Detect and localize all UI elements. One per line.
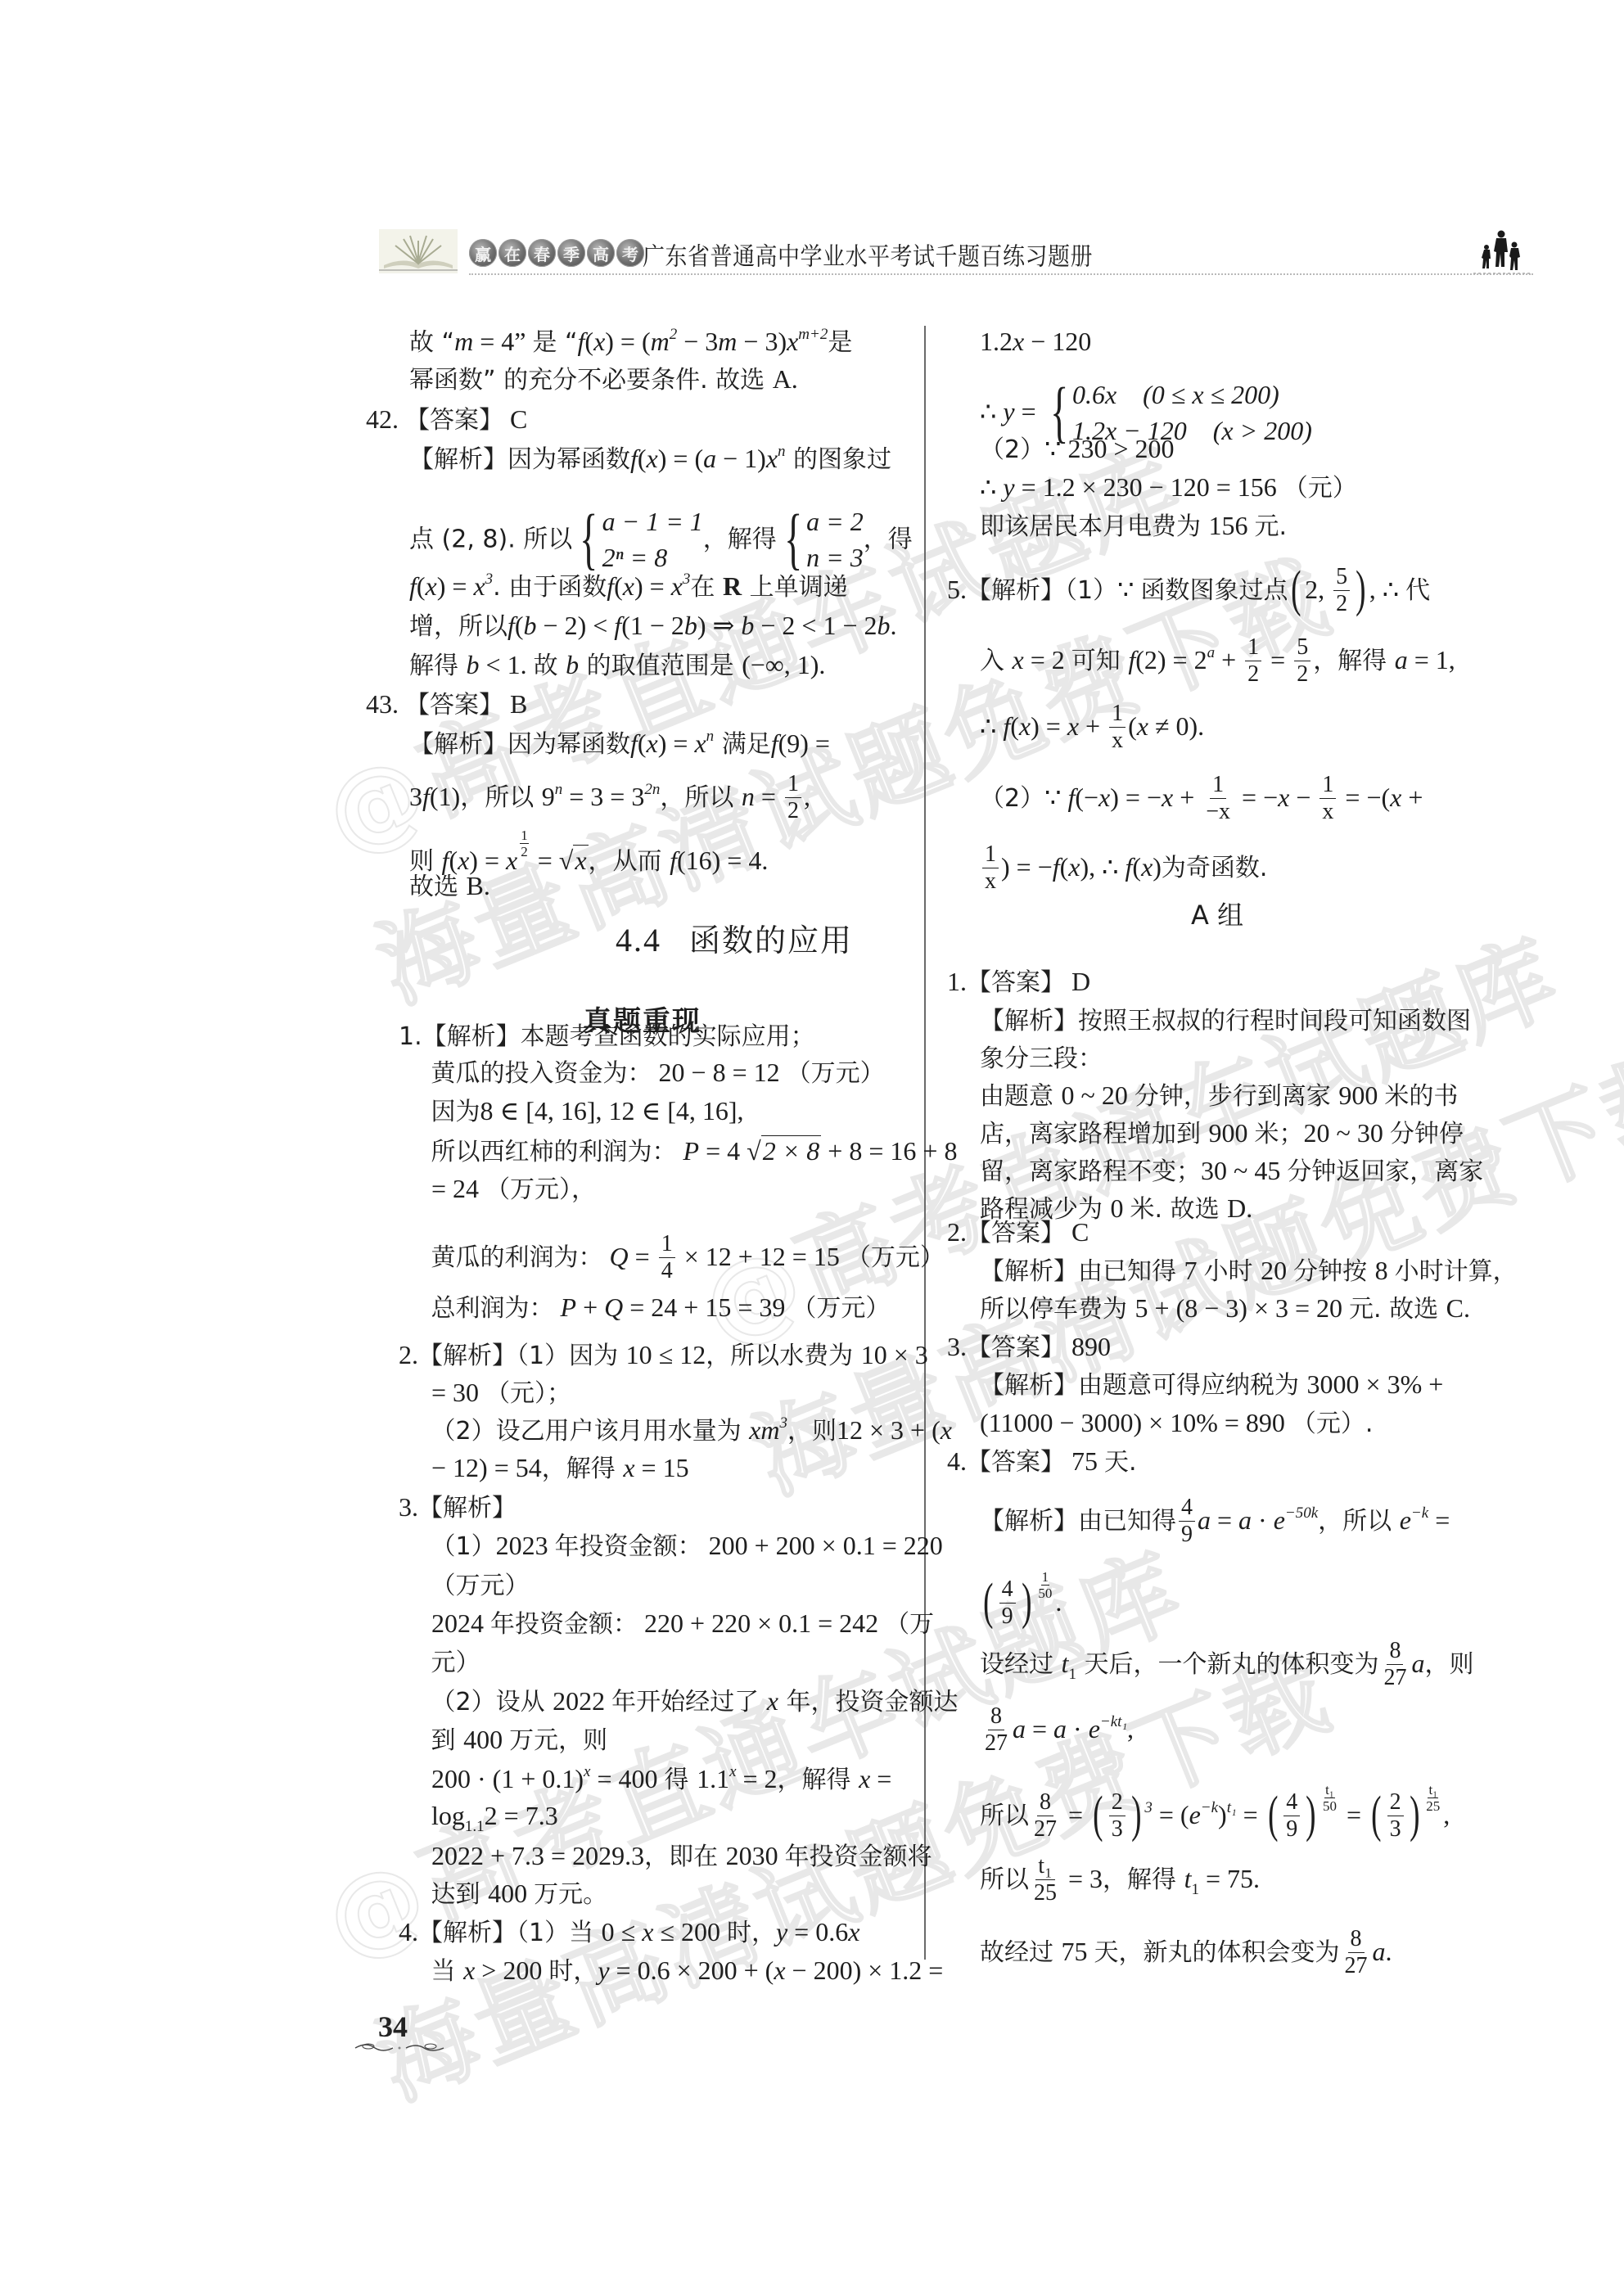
- math-run: 400: [463, 1725, 509, 1754]
- math-variable: x: [1068, 852, 1080, 882]
- math-run: 75: [1062, 1937, 1094, 1966]
- math-run: ∴: [980, 711, 1003, 741]
- text-line: 2022 + 7.3 = 2029.3，即在 2030 年投资金额将: [399, 1839, 932, 1872]
- math-run: ): [1218, 1800, 1227, 1829]
- math-run: = 2: [1024, 645, 1071, 674]
- fraction: 23: [1109, 1791, 1126, 1841]
- fraction: 827: [1342, 1928, 1370, 1978]
- text-run: （万元）: [399, 1572, 530, 1600]
- numerator: t₁: [1428, 1783, 1438, 1798]
- math-run: (: [1010, 711, 1019, 741]
- open-book-icon: [379, 229, 458, 273]
- book-title: 广东省普通高中学业水平考试千题百练习题册: [643, 237, 1093, 273]
- text-run: 故: [534, 652, 566, 680]
- section-number: 4.4: [616, 922, 661, 959]
- text-line: 【解析】因为幂函数f(x) = (a − 1)xn 的图象过: [409, 442, 891, 475]
- text-line: f(x) = x3. 由于函数f(x) = x3在 R 上单调递: [409, 570, 848, 602]
- superscript: 3: [485, 571, 494, 588]
- math-run: = 3 = 3: [562, 782, 644, 811]
- text-run: 【解析】由已知得: [980, 1507, 1176, 1536]
- system-row: a − 1 = 1: [602, 503, 703, 539]
- text-run: ，所以水费为: [706, 1342, 861, 1370]
- text-line: 1.【答案】 D: [947, 965, 1090, 998]
- math-run: ,: [1127, 1714, 1134, 1743]
- math-run: 2022: [553, 1686, 611, 1716]
- math-run: ) =: [1031, 711, 1067, 741]
- text-line: 故选 B.: [409, 869, 490, 902]
- right-paren: ): [1356, 573, 1365, 606]
- math-run: ∴: [980, 472, 1003, 502]
- math-run: = 1,: [1408, 645, 1455, 674]
- radicand: x: [573, 845, 588, 875]
- math-run: − 2 < 1 − 2: [754, 611, 877, 640]
- math-run: =: [1211, 1505, 1238, 1535]
- math-run: (: [1132, 852, 1141, 882]
- fraction: 23: [1387, 1791, 1404, 1841]
- math-run: −: [1289, 783, 1317, 812]
- math-variable: x: [767, 1686, 778, 1716]
- text-run: 【答案】: [967, 968, 1065, 997]
- subscript: 1.1: [465, 1818, 485, 1835]
- parenthesized-fraction: (23): [1089, 1800, 1144, 1829]
- math-run: = −: [1235, 783, 1278, 812]
- left-brace: {: [580, 505, 598, 574]
- parenthesized-fraction: (49): [1265, 1800, 1319, 1829]
- system-row: a = 2: [806, 503, 864, 539]
- text-run: 在: [690, 573, 723, 602]
- superscript: −k: [1411, 1504, 1428, 1522]
- text-run: （万: [885, 1610, 934, 1639]
- text-line: 增，所以f(b − 2) < f(1 − 2b) ⇒ b − 2 < 1 − 2…: [409, 609, 897, 642]
- text-line: 3f(1)，所以 9n = 3 = 32n，所以 n = 12,: [409, 774, 810, 807]
- text-run: 元.: [1255, 512, 1288, 541]
- text-run: （元）；: [485, 1379, 571, 1408]
- denominator: 3: [1109, 1816, 1126, 1841]
- math-variable: m: [651, 327, 670, 356]
- text-run: 可知: [1071, 647, 1129, 675]
- superscript: 3: [779, 1414, 787, 1432]
- text-run: 元. 故选: [1349, 1295, 1446, 1324]
- math-run: ) =: [437, 571, 474, 601]
- math-variable: x: [1390, 783, 1401, 812]
- text-run: 天后，一个新丸的体积变为: [1076, 1650, 1379, 1679]
- text-run: 故经过: [980, 1938, 1062, 1967]
- math-run: (: [638, 444, 647, 473]
- text-line: （2）∵ f(−x) = −x + 1−x = −x − 1x = −(x +: [980, 775, 1423, 808]
- text-run: 元）: [399, 1649, 480, 1677]
- fraction: 12: [520, 828, 529, 859]
- text-run: 设经过: [980, 1650, 1062, 1679]
- math-variable: f: [614, 611, 621, 640]
- text-run: 米；: [1255, 1120, 1304, 1148]
- text-line: 故经过 75 天，新丸的体积会变为827a.: [980, 1929, 1392, 1962]
- numerator: 1: [1210, 774, 1226, 799]
- math-variable: b: [684, 611, 697, 640]
- text-run: （2）设乙用户该月用水量为: [399, 1417, 749, 1446]
- superscript: x: [729, 1763, 736, 1780]
- text-run: 象分三段：: [980, 1044, 1103, 1073]
- math-run: 3.: [399, 1492, 418, 1522]
- text-line: 因为8 ∈ [4, 16], 12 ∈ [4, 16],: [399, 1094, 744, 1127]
- text-run: （元）.: [1292, 1410, 1374, 1438]
- text-run: 达到: [399, 1880, 488, 1909]
- math-run: 8 ∈ [4, 16], 12 ∈ [4, 16],: [480, 1096, 744, 1125]
- denominator: −x: [1203, 799, 1233, 823]
- text-run: （1）: [399, 1532, 496, 1561]
- fraction: 1x: [1109, 702, 1126, 752]
- text-run: 天.: [1104, 1448, 1137, 1477]
- math-run: 0 ~ 20: [1062, 1080, 1135, 1110]
- text-line: 【解析】由已知得 7 小时 20 分钟按 8 小时计算，: [980, 1254, 1518, 1287]
- fraction: t₁25: [1031, 1855, 1059, 1905]
- parenthesized-fraction: (2, 52): [1288, 575, 1369, 604]
- runners-icon: [1473, 229, 1531, 277]
- text-line: 【解析】按照王叔叔的行程时间段可知函数图: [980, 1004, 1471, 1036]
- text-line: 解得 b < 1. 故 b 的取值范围是 (−∞, 1).: [409, 648, 825, 681]
- superscript: a: [1207, 644, 1216, 661]
- document-page: @高考直通车试题库 海量高清试题免费下载 @高考直通车试题库 海量高清试题免费下…: [0, 0, 1624, 2296]
- math-run: D: [1065, 967, 1090, 996]
- denominator: 50: [1037, 1586, 1053, 1600]
- math-run: +: [1079, 711, 1107, 741]
- left-brace: {: [784, 505, 802, 574]
- text-line: 黄瓜的利润为： Q = 14 × 12 + 12 = 15 （万元）: [399, 1234, 945, 1267]
- math-variable: y: [598, 1955, 609, 1985]
- math-run: 1.2: [980, 327, 1013, 356]
- superscript: n: [555, 781, 563, 798]
- superscript: 3: [683, 571, 691, 588]
- math-run: 220 + 220 × 0.1 = 242: [638, 1608, 885, 1638]
- text-run: 【答案】: [405, 691, 503, 719]
- denominator: 50: [1322, 1798, 1338, 1813]
- math-variable: m: [454, 327, 473, 356]
- fraction: 12: [785, 773, 801, 823]
- flourish-ornament: [350, 2040, 449, 2056]
- math-variable: m: [718, 327, 737, 356]
- text-line: 所以827 = (23)3 = (e−k)t₁ = (49)t₁50 = (23…: [980, 1784, 1450, 1817]
- text-run: （2）: [980, 784, 1044, 813]
- denominator: 27: [1342, 1953, 1370, 1978]
- math-variable: x: [1013, 327, 1024, 356]
- page-number: 34: [378, 2010, 408, 2044]
- math-run: D.: [1227, 1193, 1252, 1223]
- right-paren: ): [1022, 1586, 1031, 1618]
- denominator: 3: [1387, 1816, 1404, 1841]
- text-line: （1）2023 年投资金额： 200 + 200 × 0.1 = 220: [399, 1529, 943, 1562]
- text-run: 【解析】因为幂函数: [409, 445, 630, 474]
- right-paren: ): [1306, 1798, 1315, 1831]
- text-run: 即该居民本月电费为: [980, 512, 1209, 541]
- numerator: 4: [1179, 1496, 1195, 1522]
- math-run: +: [1173, 783, 1201, 812]
- math-run: = −(: [1338, 783, 1390, 812]
- math-run: ≤ 200: [653, 1917, 727, 1946]
- section-title: 4.4函数的应用: [616, 915, 853, 960]
- denominator: x: [1109, 728, 1126, 752]
- math-run: 400: [488, 1879, 534, 1908]
- math-variable: x: [623, 1453, 634, 1482]
- text-run: （2）: [980, 435, 1044, 464]
- math-variable: f: [409, 571, 417, 601]
- math-variable: x: [671, 571, 683, 601]
- math-variable: f: [630, 444, 638, 473]
- text-run: 由题意: [980, 1082, 1062, 1111]
- text-run: 所以: [980, 1802, 1029, 1830]
- math-variable: b: [566, 650, 579, 679]
- superscript: m+2: [798, 326, 828, 343]
- math-run: +: [576, 1292, 604, 1322]
- math-run: 10 ≤ 12: [626, 1340, 706, 1369]
- text-run: 万元，则: [509, 1726, 607, 1755]
- math-run: ) ⇒: [697, 611, 741, 640]
- text-run: 总利润为：: [399, 1294, 554, 1323]
- denominator: 2: [1245, 661, 1261, 686]
- text-run: 留，离家路程不变；: [980, 1157, 1201, 1186]
- math-variable: f: [1128, 645, 1135, 674]
- math-run: = 75.: [1199, 1864, 1260, 1893]
- text-run: 时，: [727, 1919, 776, 1947]
- text-line: 总利润为： P + Q = 24 + 15 = 39 （万元）: [399, 1291, 890, 1324]
- text-line: = 24 （万元），: [399, 1172, 596, 1205]
- text-run: 黄瓜的投入资金为：: [399, 1059, 652, 1088]
- text-run: （万元）: [787, 1059, 885, 1088]
- math-run: < 1.: [480, 650, 534, 679]
- superscript: t₁: [1227, 1799, 1237, 1816]
- fraction: 1x: [982, 843, 999, 893]
- math-run: > 200: [475, 1955, 548, 1985]
- math-run: 10 × 3: [861, 1340, 928, 1369]
- right-paren: ): [1131, 1798, 1141, 1831]
- header-rule: [469, 273, 1533, 275]
- math-run: = 0.6: [787, 1917, 848, 1946]
- math-run: 890: [1065, 1332, 1111, 1361]
- math-run: .: [1055, 1587, 1062, 1617]
- math-variable: Q: [604, 1292, 623, 1322]
- math-variable: P: [554, 1292, 577, 1322]
- math-run: ≠ 0).: [1148, 711, 1204, 741]
- math-run: (1 − 2: [621, 611, 684, 640]
- text-line: (11000 − 3000) × 10% = 890 （元）.: [980, 1406, 1373, 1439]
- math-run: =: [1340, 1800, 1368, 1829]
- text-line: 入 x = 2 可知 f(2) = 2a + 12 = 52，解得 a = 1,: [980, 638, 1455, 670]
- text-line: 5.【解析】（1）∵ 函数图象过点(2, 52), ∴ 代: [947, 567, 1430, 600]
- math-variable: e: [1089, 1714, 1100, 1743]
- numerator: 2: [1387, 1791, 1404, 1816]
- math-variable: x: [1098, 783, 1110, 812]
- numerator: 8: [1037, 1791, 1053, 1816]
- math-run: =: [870, 1764, 891, 1793]
- text-line: 则 f(x) = x12 = √x，从而 f(16) = 4.: [409, 830, 768, 863]
- math-variable: b: [467, 650, 480, 679]
- fraction: 1−x: [1203, 774, 1233, 823]
- text-line: 故 “m = 4” 是 “f(x) = (m2 − 3m − 3)xm+2是: [409, 325, 852, 358]
- text-run: 【答案】: [967, 1448, 1065, 1477]
- fraction: 14: [659, 1233, 675, 1283]
- text-run: 因为: [399, 1098, 480, 1126]
- text-run: 分钟按: [1293, 1257, 1375, 1286]
- math-run: 2,: [1305, 575, 1331, 604]
- denominator: 2: [1333, 591, 1350, 616]
- text-line: 1.2x − 120: [980, 325, 1091, 358]
- math-run: =: [1264, 645, 1292, 674]
- text-run: 是 “: [532, 328, 577, 357]
- math-variable: f: [1067, 783, 1075, 812]
- text-run: 【解析】本题考查函数的实际应用；: [422, 1022, 815, 1051]
- superscript: n: [706, 728, 715, 745]
- math-run: ), ∴: [1080, 852, 1126, 882]
- denominator: 25: [1425, 1798, 1441, 1813]
- text-line: log1.12 = 7.3: [399, 1799, 558, 1832]
- numerator: 1: [659, 1233, 675, 1258]
- math-run: 30 ~ 45: [1201, 1156, 1287, 1185]
- parenthesized-fraction: (49): [980, 1587, 1035, 1617]
- text-line: （万元）: [399, 1568, 530, 1601]
- math-run: 4.: [399, 1917, 418, 1946]
- math-variable: x: [1019, 711, 1031, 741]
- logo-char: 在: [498, 239, 526, 267]
- logo-char: 考: [616, 239, 644, 267]
- math-run: = 30: [399, 1378, 485, 1407]
- numerator: 1: [1245, 636, 1261, 661]
- math-run: (: [1060, 852, 1069, 882]
- math-run: (: [1128, 711, 1137, 741]
- math-run: =: [755, 782, 783, 811]
- text-run: 代: [1405, 576, 1430, 605]
- text-line: 42. 【答案】 C: [366, 403, 527, 435]
- math-run: , ∴: [1369, 575, 1405, 604]
- math-run: = 15: [635, 1453, 689, 1482]
- text-line: 象分三段：: [980, 1041, 1103, 1074]
- text-run: 入: [980, 647, 1013, 675]
- text-run: 所以停车费为: [980, 1295, 1135, 1324]
- text-run: ，解得: [778, 1766, 859, 1794]
- text-run: 故选: [409, 873, 467, 901]
- text-line: (49)150.: [980, 1572, 1062, 1604]
- math-run: =: [1237, 1800, 1265, 1829]
- fraction-exponent: t₁50: [1319, 1784, 1340, 1815]
- text-run: ，解得: [1313, 647, 1395, 675]
- text-run: 1.: [399, 1022, 422, 1051]
- math-run: (: [515, 611, 524, 640]
- superscript: −kt₁: [1100, 1713, 1127, 1730]
- text-run: ，所以: [1318, 1507, 1400, 1536]
- math-run: C.: [1446, 1293, 1470, 1323]
- math-variable: f: [670, 846, 677, 875]
- text-run: 分钟停: [1390, 1120, 1464, 1148]
- math-run: (9) =: [778, 728, 830, 758]
- denominator: 9: [999, 1604, 1016, 1628]
- left-paren: (: [983, 1586, 993, 1618]
- math-run: 200 + 200 × 0.1 = 220: [702, 1531, 943, 1560]
- text-run: 到: [399, 1726, 463, 1755]
- math-variable: x: [647, 728, 658, 758]
- math-variable: a: [703, 444, 716, 473]
- math-run: ) = −: [1110, 783, 1162, 812]
- text-run: ，即在: [644, 1843, 726, 1871]
- text-run: 米的书: [1384, 1082, 1458, 1111]
- math-variable: x: [1137, 711, 1148, 741]
- math-run: (16) = 4.: [677, 846, 768, 875]
- math-run: 1.1: [697, 1764, 729, 1793]
- math-run: =: [1428, 1505, 1450, 1535]
- fraction: 49: [999, 1578, 1016, 1628]
- numerator: 1: [1109, 702, 1126, 728]
- math-run: = √: [531, 846, 574, 875]
- series-logo: 赢 在 春 季 高 考: [469, 239, 644, 267]
- math-run: =: [1015, 396, 1043, 426]
- math-run: (1): [430, 782, 460, 811]
- system-row: 0.6x (0 ≤ x ≤ 200): [1072, 377, 1312, 413]
- math-variable: n: [742, 782, 755, 811]
- math-run: = 3: [1062, 1864, 1103, 1893]
- math-run: ) = −: [1001, 852, 1053, 882]
- text-run: . 由于函数: [493, 573, 607, 602]
- text-line: ∴ y = 1.2 × 230 − 120 = 156 （元）: [980, 471, 1357, 503]
- text-run: ，则: [787, 1417, 837, 1446]
- math-variable: e: [1400, 1505, 1411, 1535]
- math-variable: b: [524, 611, 537, 640]
- text-run: （万元），: [485, 1175, 596, 1204]
- fraction: 12: [1245, 636, 1261, 686]
- math-run: − 12) = 54: [399, 1453, 542, 1482]
- text-run: 上单调递: [742, 573, 848, 602]
- math-run: =: [629, 1242, 656, 1271]
- math-run: (11000 − 3000) × 10% = 890: [980, 1408, 1292, 1437]
- logo-char: 赢: [469, 239, 497, 267]
- text-line: = 30 （元）；: [399, 1376, 571, 1409]
- text-run: 幂函数” 的充分不必要条件. 故选: [409, 366, 773, 395]
- text-run: ，解得: [703, 525, 777, 553]
- math-run: − 200) × 1.2 =: [786, 1955, 944, 1985]
- fraction-exponent: 12: [517, 830, 531, 860]
- text-line: 4.【答案】 75 天.: [947, 1445, 1137, 1477]
- text-run: 【答案】: [967, 1219, 1065, 1247]
- text-run: 年投资金额：: [490, 1610, 638, 1639]
- text-line: 由题意 0 ~ 20 分钟，步行到离家 900 米的书: [980, 1079, 1458, 1112]
- subscript: 1: [1191, 1881, 1199, 1898]
- math-variable: a: [1238, 1505, 1252, 1535]
- denominator: 2: [1294, 661, 1310, 686]
- numerator: 8: [1348, 1928, 1365, 1953]
- math-variable: a: [1013, 1714, 1026, 1743]
- text-run: （元）: [1283, 474, 1357, 503]
- superscript: 3: [1144, 1799, 1153, 1816]
- math-variable: e: [1189, 1800, 1201, 1829]
- numerator: 8: [988, 1705, 1004, 1730]
- text-line: 店，离家路程增加到 900 米；20 ~ 30 分钟停: [980, 1116, 1464, 1149]
- math-run: = 24 + 15 = 39: [623, 1292, 792, 1322]
- math-run: B.: [467, 871, 490, 900]
- math-variable: e: [1274, 1505, 1285, 1535]
- math-variable: Q: [603, 1242, 629, 1271]
- math-run: 2030: [726, 1841, 785, 1870]
- text-run: 年投资金额：: [555, 1532, 702, 1561]
- text-line: 3.【答案】 890: [947, 1330, 1111, 1363]
- math-run: 0: [1111, 1193, 1130, 1223]
- text-line: 达到 400 万元。: [399, 1877, 607, 1910]
- math-variable: x: [1013, 645, 1024, 674]
- text-line: 1x) = −f(x), ∴ f(x)为奇函数.: [980, 845, 1267, 877]
- math-variable: x: [787, 327, 798, 356]
- text-run: 【解析】（1）因为: [418, 1342, 626, 1370]
- math-run: (−∞, 1).: [742, 650, 825, 679]
- text-run: 【解析】按照王叔叔的行程时间段可知函数图: [980, 1007, 1471, 1035]
- math-run: +: [1401, 783, 1423, 812]
- text-line: 黄瓜的投入资金为： 20 − 8 = 12 （万元）: [399, 1056, 885, 1089]
- math-run: ,: [1443, 1800, 1450, 1829]
- math-run: = 4”: [473, 327, 532, 356]
- math-run: 3.: [947, 1332, 967, 1361]
